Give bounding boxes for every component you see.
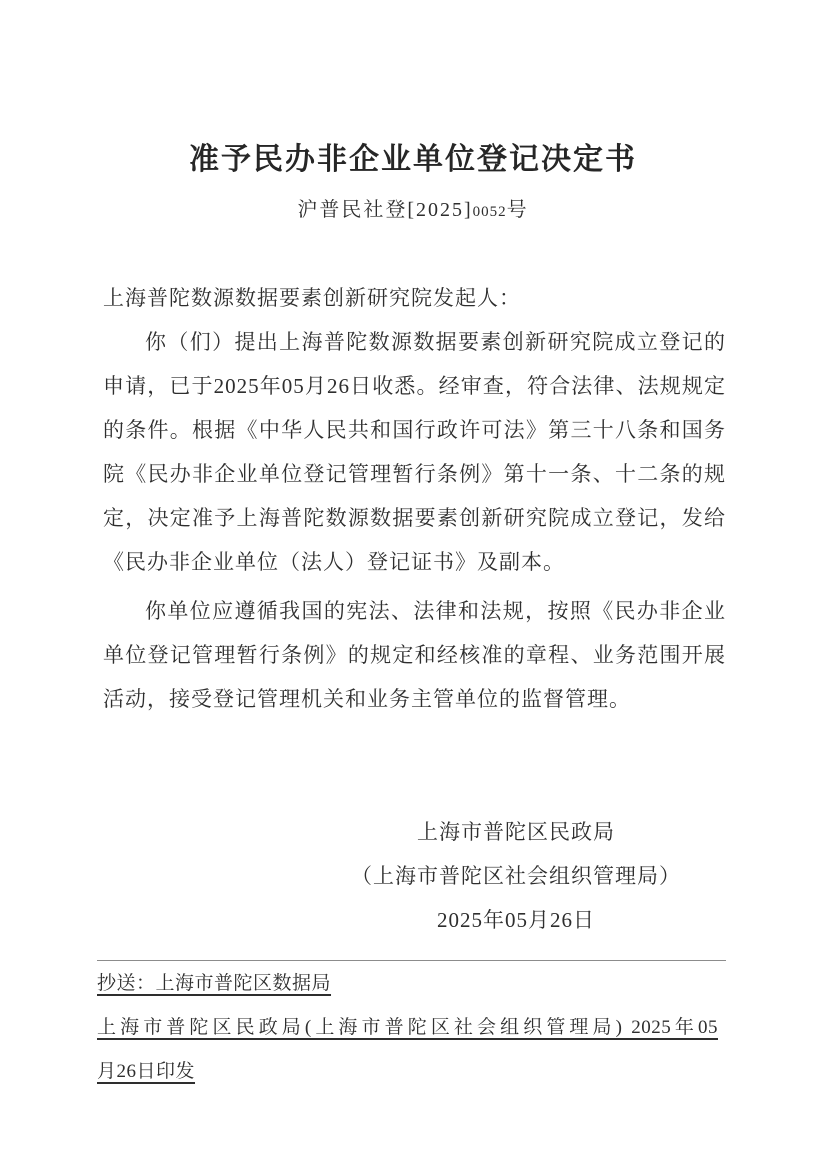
document-body: 上海普陀数源数据要素创新研究院发起人： 你（们）提出上海普陀数源数据要素创新研究… (103, 276, 726, 721)
body-line: 你单位应遵循我国的宪法、法律和法规，按照《民办非企业 (103, 589, 726, 633)
body-line: 《民办非企业单位（法人）登记证书》及副本。 (103, 540, 726, 584)
footer-cc-line: 抄送：上海市普陀区数据局 (97, 962, 718, 1006)
body-line: 你（们）提出上海普陀数源数据要素创新研究院成立登记的 (103, 320, 726, 364)
signing-org: 上海市普陀区民政局 (316, 810, 716, 854)
signature-block: 上海市普陀区民政局 （上海市普陀区社会组织管理局） 2025年05月26日 (316, 810, 716, 942)
document-number-prefix: 沪普民社登[2025] (297, 199, 472, 221)
footer-issue-text-2: 月26日印发 (97, 1061, 195, 1082)
body-line: 单位登记管理暂行条例》的规定和经核准的章程、业务范围开展 (103, 633, 726, 677)
salutation-line: 上海普陀数源数据要素创新研究院发起人： (103, 276, 726, 320)
body-line: 申请，已于2025年05月26日收悉。经审查，符合法律、法规规定 (103, 364, 726, 408)
paragraph-2: 你单位应遵循我国的宪法、法律和法规，按照《民办非企业 单位登记管理暂行条例》的规… (103, 589, 726, 721)
body-line: 的条件。根据《中华人民共和国行政许可法》第三十八条和国务 (103, 408, 726, 452)
document-page: 准予民办非企业单位登记决定书 沪普民社登[2025]0052号 上海普陀数源数据… (0, 0, 826, 1168)
document-number-suffix: 号 (507, 199, 529, 221)
body-line: 活动，接受登记管理机关和业务主管单位的监督管理。 (103, 677, 726, 721)
signing-date: 2025年05月26日 (316, 898, 716, 942)
body-line: 院《民办非企业单位登记管理暂行条例》第十一条、十二条的规 (103, 452, 726, 496)
document-number-serial: 0052 (473, 204, 507, 220)
footer-block: 抄送：上海市普陀区数据局 上海市普陀区民政局(上海市普陀区社会组织管理局) 20… (97, 962, 718, 1094)
paragraph-1: 你（们）提出上海普陀数源数据要素创新研究院成立登记的 申请，已于2025年05月… (103, 320, 726, 584)
body-line: 定，决定准予上海普陀数源数据要素创新研究院成立登记，发给 (103, 496, 726, 540)
footer-cc-text: 抄送：上海市普陀区数据局 (97, 973, 331, 994)
signing-org-alias: （上海市普陀区社会组织管理局） (316, 854, 716, 898)
footer-issue-line-2: 月26日印发 (97, 1050, 718, 1094)
footer-issue-line-1: 上海市普陀区民政局(上海市普陀区社会组织管理局) 2025年05 (97, 1006, 718, 1050)
document-title: 准予民办非企业单位登记决定书 (0, 134, 826, 178)
footer-separator-line (97, 960, 726, 961)
document-number: 沪普民社登[2025]0052号 (0, 193, 826, 222)
